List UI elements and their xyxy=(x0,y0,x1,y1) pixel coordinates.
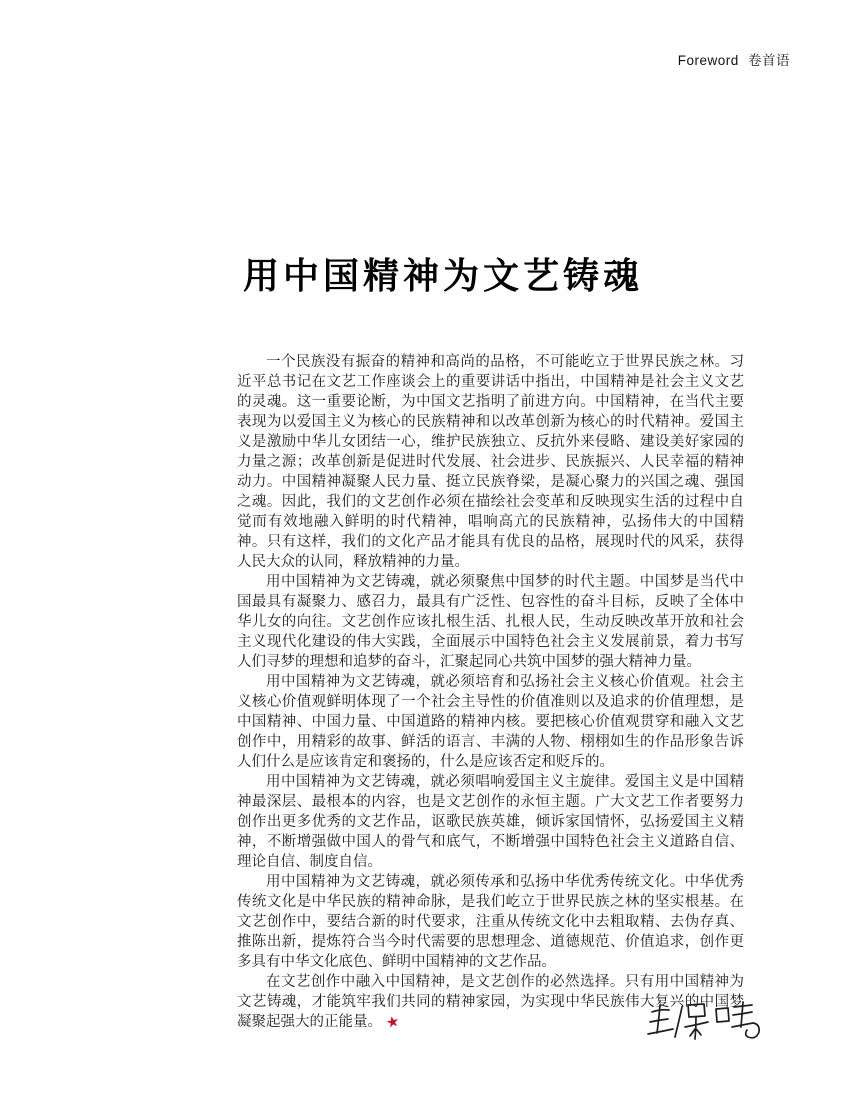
magazine-page: Foreword 卷首语 用中国精神为文艺铸魂 一个民族没有振奋的精神和高尚的品… xyxy=(0,0,846,1102)
body-paragraph: 用中国精神为文艺铸魂，就必须聚焦中国梦的时代主题。中国梦是当代中国最具有凝聚力、… xyxy=(237,572,744,672)
body-paragraph: 一个民族没有振奋的精神和高尚的品格，不可能屹立于世界民族之林。习近平总书记在文艺… xyxy=(237,352,744,572)
signature-scribble xyxy=(646,996,772,1050)
page-title: 用中国精神为文艺铸魂 xyxy=(243,248,643,299)
body-paragraph: 用中国精神为文艺铸魂，就必须传承和弘扬中华优秀传统文化。中华优秀传统文化是中华民… xyxy=(237,872,744,972)
author-signature xyxy=(646,996,772,1050)
body-paragraph: 用中国精神为文艺铸魂，就必须培育和弘扬社会主义核心价值观。社会主义核心价值观鲜明… xyxy=(237,672,744,772)
end-star-icon: ★ xyxy=(385,1015,401,1032)
body-paragraph-text: 用中国精神为文艺铸魂，就必须传承和弘扬中华优秀传统文化。中华优秀传统文化是中华民… xyxy=(237,874,744,970)
body-paragraph: 用中国精神为文艺铸魂，就必须唱响爱国主义主旋律。爱国主义是中国精神最深层、最根本… xyxy=(237,772,744,872)
running-head: Foreword 卷首语 xyxy=(0,49,790,69)
article-body: 一个民族没有振奋的精神和高尚的品格，不可能屹立于世界民族之林。习近平总书记在文艺… xyxy=(237,352,744,1032)
